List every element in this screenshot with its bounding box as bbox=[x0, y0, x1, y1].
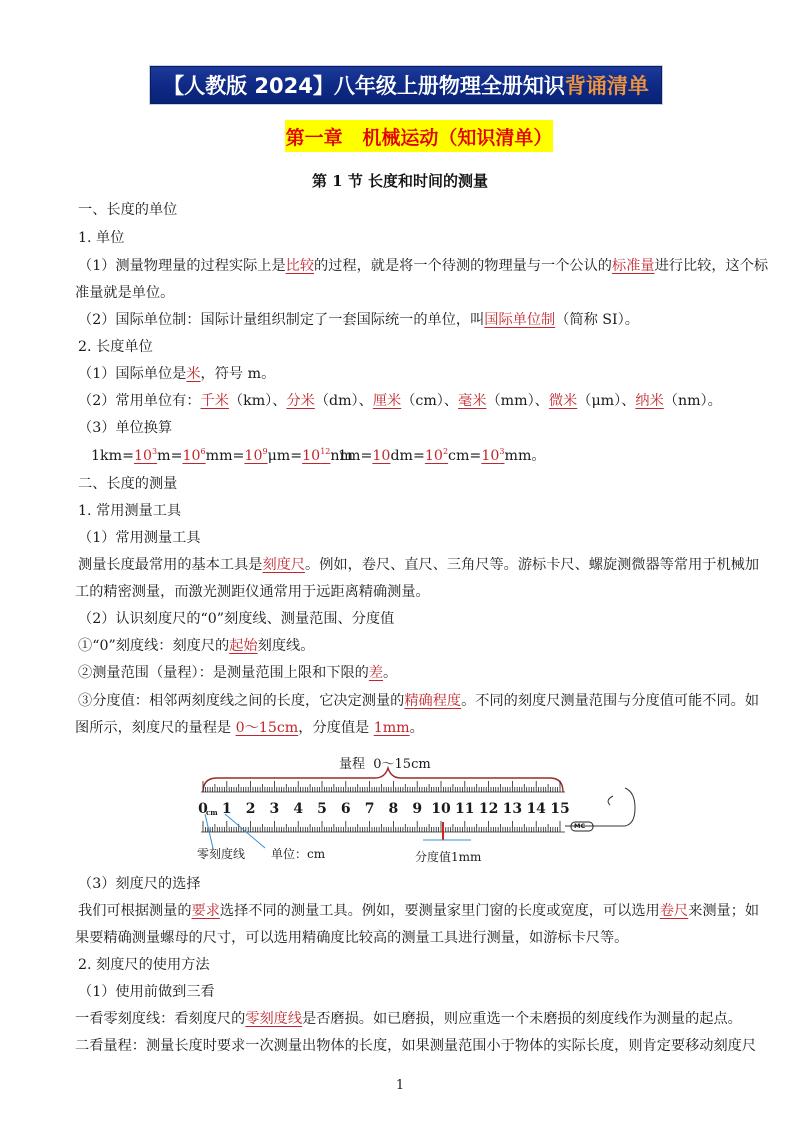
document-banner: 【人教版 2024】八年级上册物理全册知识背诵清单 bbox=[150, 66, 662, 104]
keyword-unit: 微米 bbox=[549, 393, 577, 409]
paragraph-14: （1）使用前做到三看 bbox=[78, 982, 215, 1002]
keyword-compare: 比较 bbox=[286, 258, 314, 274]
text: mm= bbox=[206, 448, 245, 464]
heading-length-units: 一、长度的单位 bbox=[78, 200, 177, 220]
keyword-difference: 差 bbox=[369, 665, 383, 681]
text: 。例如，卷尺、直尺、三角尺等。游标卡尺、螺旋测微器等常用于机械加 bbox=[305, 557, 759, 573]
paragraph-11: ③分度值：相邻两刻度线之间的长度，它决定测量的精确程度。不同的刻度尺测量范围与分… bbox=[78, 691, 759, 711]
text: 。不同的刻度尺测量范围与分度值可能不同。如 bbox=[461, 693, 759, 709]
keyword-si: 国际单位制 bbox=[484, 312, 555, 328]
paragraph-4: （2）常用单位有：千米（km）、分米（dm）、厘米（cm）、毫米（mm）、微米（… bbox=[78, 391, 722, 411]
text: mm。 bbox=[504, 448, 545, 464]
keyword-zero-line: 零刻度线 bbox=[245, 1011, 302, 1027]
conversion-m: 1m=10dm=102cm=103mm。 bbox=[338, 446, 546, 466]
text: （mm）、 bbox=[486, 393, 548, 409]
ruler-number: 14 bbox=[526, 801, 545, 817]
text: ，分度值是 bbox=[298, 720, 373, 736]
text: 测量长度最常用的基本工具是 bbox=[78, 557, 262, 573]
chapter-title: 第一章 机械运动（知识清单） bbox=[285, 120, 553, 152]
text: μm= bbox=[268, 448, 303, 464]
ruler-number: 12 bbox=[479, 801, 498, 817]
text: ，符号 m。 bbox=[201, 366, 276, 382]
text: ②测量范围（量程）：是测量范围上限和下限的 bbox=[78, 665, 369, 681]
text: 1km= bbox=[91, 448, 134, 464]
paragraph-7-cont: 工的精密测量，而激光测距仪通常用于远距离精确测量。 bbox=[75, 582, 430, 602]
text: 来测量；如 bbox=[688, 903, 759, 919]
keyword-tape: 卷尺 bbox=[660, 903, 688, 919]
keyword-unit: 厘米 bbox=[373, 393, 401, 409]
brand-mark: MC bbox=[574, 822, 585, 830]
text: ③分度值：相邻两刻度线之间的长度，它决定测量的 bbox=[78, 693, 404, 709]
paragraph-5: （3）单位换算 bbox=[78, 418, 172, 438]
text: 刻度线。 bbox=[258, 638, 315, 654]
text: 10 bbox=[244, 448, 262, 464]
page-number: 1 bbox=[0, 1078, 800, 1093]
ruler-number: 2 bbox=[246, 801, 256, 817]
ruler-figure: 量程 0～15cm 0123456789101112131415 cm MC 零… bbox=[195, 748, 645, 868]
subheading-usage: 2. 刻度尺的使用方法 bbox=[78, 955, 210, 975]
text: m= bbox=[157, 448, 182, 464]
callout-division: 分度值1mm bbox=[415, 848, 481, 865]
subheading-tools: 1. 常用测量工具 bbox=[78, 501, 181, 521]
unit-mark: cm bbox=[206, 808, 218, 817]
keyword-standard: 标准量 bbox=[612, 258, 655, 274]
text: 10 bbox=[481, 448, 499, 464]
callout-zero-line: 零刻度线 bbox=[197, 845, 245, 862]
paragraph-13-cont: 果要精确测量螺母的尺寸，可以选用精确度比较高的测量工具进行测量，如游标卡尺等。 bbox=[75, 928, 628, 948]
keyword-unit: 纳米 bbox=[635, 393, 663, 409]
paragraph-9: ①“0”刻度线：刻度尺的起始刻度线。 bbox=[78, 636, 314, 656]
keyword-unit: 分米 bbox=[286, 393, 314, 409]
ruler-number: 3 bbox=[270, 801, 280, 817]
text: 10 bbox=[182, 448, 200, 464]
banner-title: 【人教版 2024】八年级上册物理全册知识 bbox=[163, 70, 565, 100]
ruler-number: 4 bbox=[293, 801, 303, 817]
chapter-title-text: 第一章 机械运动（知识清单） bbox=[286, 123, 553, 150]
keyword-power: 109 bbox=[244, 448, 267, 464]
subheading-length-units: 2. 长度单位 bbox=[78, 337, 153, 357]
text: （2）常用单位有： bbox=[78, 393, 201, 409]
text: 的过程，就是将一个待测的物理量与一个公认的 bbox=[314, 258, 612, 274]
keyword-ruler: 刻度尺 bbox=[262, 557, 305, 573]
subheading-unit: 1. 单位 bbox=[78, 228, 124, 248]
text: 10 bbox=[134, 448, 152, 464]
section-title: 第 1 节 长度和时间的测量 bbox=[0, 170, 800, 191]
keyword-division: 1mm bbox=[374, 720, 410, 736]
heading-length-measure: 二、长度的测量 bbox=[78, 474, 177, 494]
text: 10 bbox=[425, 448, 443, 464]
paragraph-1-cont: 准量就是单位。 bbox=[75, 283, 174, 303]
keyword-requirement: 要求 bbox=[192, 903, 220, 919]
keyword-start: 起始 bbox=[229, 638, 257, 654]
text: 进行比较，这个标 bbox=[655, 258, 769, 274]
text: （km）、 bbox=[229, 393, 287, 409]
exponent: 12 bbox=[320, 447, 330, 456]
text: 。 bbox=[410, 720, 424, 736]
ruler-number: 5 bbox=[317, 801, 327, 817]
keyword-precision: 精确程度 bbox=[404, 693, 461, 709]
keyword-power: 106 bbox=[182, 448, 205, 464]
keyword-power: 10 bbox=[372, 448, 390, 464]
ruler-number: 13 bbox=[503, 801, 522, 817]
text: 。 bbox=[383, 665, 397, 681]
keyword-range: 0～15cm bbox=[236, 720, 299, 736]
ruler-numbers: 0123456789101112131415 bbox=[195, 801, 645, 819]
banner-title-highlight: 背诵清单 bbox=[565, 70, 649, 100]
text: （nm）。 bbox=[664, 393, 722, 409]
text: 10 bbox=[302, 448, 320, 464]
text: 1m= bbox=[338, 448, 372, 464]
keyword-unit: 千米 bbox=[201, 393, 229, 409]
ruler-number: 7 bbox=[365, 801, 375, 817]
text: （简称 SI）。 bbox=[555, 312, 639, 328]
paragraph-11-cont: 图所示，刻度尺的量程是 0～15cm，分度值是 1mm。 bbox=[75, 718, 424, 738]
text: 选择不同的测量工具。例如，要测量家里门窗的长度或宽度，可以选用 bbox=[220, 903, 660, 919]
text: 一看零刻度线：看刻度尺的 bbox=[75, 1011, 245, 1027]
keyword-unit: 毫米 bbox=[458, 393, 486, 409]
text: 图所示，刻度尺的量程是 bbox=[75, 720, 236, 736]
keyword-power: 103 bbox=[134, 448, 157, 464]
paragraph-16: 二看量程：测量长度时要求一次测量出物体的长度，如果测量范围小于物体的实际长度，则… bbox=[75, 1036, 756, 1056]
conversion-km: 1km=103m=106mm=109μm=1012nm bbox=[91, 446, 353, 466]
ruler-number: 11 bbox=[455, 801, 474, 817]
paragraph-12: （3）刻度尺的选择 bbox=[78, 874, 201, 894]
text: 我们可根据测量的 bbox=[78, 903, 192, 919]
ruler-number: 8 bbox=[389, 801, 399, 817]
ruler-number: 15 bbox=[550, 801, 569, 817]
ruler-number: 6 bbox=[341, 801, 351, 817]
keyword-power: 102 bbox=[425, 448, 448, 464]
paragraph-6: （1）常用测量工具 bbox=[78, 528, 201, 548]
text: （1）国际单位是 bbox=[78, 366, 186, 382]
keyword-power: 1012 bbox=[302, 448, 330, 464]
ruler-number: 10 bbox=[431, 801, 450, 817]
text: ①“0”刻度线：刻度尺的 bbox=[78, 638, 229, 654]
text: （dm）、 bbox=[315, 393, 373, 409]
paragraph-1: （1）测量物理量的过程实际上是比较的过程，就是将一个待测的物理量与一个公认的标准… bbox=[78, 256, 768, 276]
ruler-number: 1 bbox=[222, 801, 232, 817]
keyword-power: 103 bbox=[481, 448, 504, 464]
text: 是否磨损。如已磨损，则应重选一个未磨损的刻度线作为测量的起点。 bbox=[302, 1011, 742, 1027]
paragraph-2: （2）国际单位制：国际计量组织制定了一套国际统一的单位，叫国际单位制（简称 SI… bbox=[78, 310, 639, 330]
paragraph-10: ②测量范围（量程）：是测量范围上限和下限的差。 bbox=[78, 663, 397, 683]
paragraph-3: （1）国际单位是米，符号 m。 bbox=[78, 364, 275, 384]
text: cm= bbox=[448, 448, 481, 464]
paragraph-13: 我们可根据测量的要求选择不同的测量工具。例如，要测量家里门窗的长度或宽度，可以选… bbox=[78, 901, 759, 921]
paragraph-7: 测量长度最常用的基本工具是刻度尺。例如，卷尺、直尺、三角尺等。游标卡尺、螺旋测微… bbox=[78, 555, 759, 575]
text: （2）国际单位制：国际计量组织制定了一套国际统一的单位，叫 bbox=[78, 312, 484, 328]
callout-unit: 单位：cm bbox=[271, 845, 325, 862]
paragraph-8: （2）认识刻度尺的“0”刻度线、测量范围、分度值 bbox=[78, 609, 394, 629]
text: （cm）、 bbox=[401, 393, 458, 409]
text: （1）测量物理量的过程实际上是 bbox=[78, 258, 286, 274]
keyword-meter: 米 bbox=[186, 366, 200, 382]
text: dm= bbox=[390, 448, 424, 464]
paragraph-15: 一看零刻度线：看刻度尺的零刻度线是否磨损。如已磨损，则应重选一个未磨损的刻度线作… bbox=[75, 1009, 742, 1029]
ruler-number: 9 bbox=[412, 801, 422, 817]
range-label: 量程 0～15cm bbox=[339, 753, 431, 772]
text: （μm）、 bbox=[577, 393, 635, 409]
